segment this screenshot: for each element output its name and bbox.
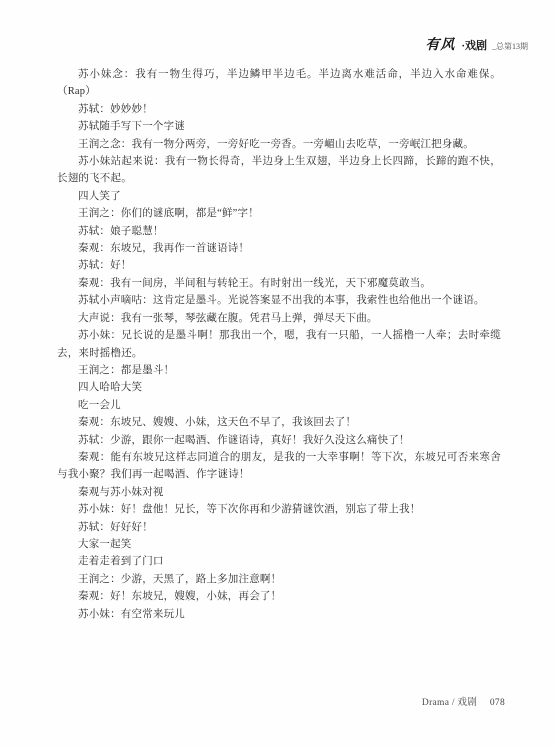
script-line: 苏轼：好好好！ [57,519,501,536]
script-line: 王润之念：我有一物分两旁，一旁好吃一旁香。一旁嵋山去吃草，一旁岷江把身藏。 [57,136,501,153]
script-line: 秦观：东坡兄，我再作一首谜语诗！ [57,240,501,257]
script-line: 秦观：能有东坡兄这样志同道合的朋友，是我的一大幸事啊！等下次，东坡兄可否来寒舍与… [57,449,501,484]
script-line: 秦观：我有一间房，半间租与转轮王。有时射出一线光，天下邪魔莫敢当。 [57,275,501,292]
masthead: 有风 ·戏剧 _总第13期 [425,38,528,54]
script-line: 苏小妹站起来说：我有一物长得奇，半边身上生双翅，半边身上长四蹄，长蹄的跑不快，长… [57,153,501,188]
magazine-page: 有风 ·戏剧 _总第13期 苏小妹念：我有一物生得巧，半边鳞甲半边毛。半边离水难… [0,0,554,746]
script-line: 秦观：东坡兄、嫂嫂、小妹，这天色不早了，我该回去了！ [57,414,501,431]
script-line: 大声说：我有一张琴，琴弦藏在腹。凭君马上弹，弹尽天下曲。 [57,310,501,327]
script-line: 苏轼：好！ [57,257,501,274]
script-line: 苏小妹念：我有一物生得巧，半边鳞甲半边毛。半边离水难活命，半边入水命难保。（Ra… [57,66,501,101]
script-line: 四人笑了 [57,188,501,205]
script-line: 苏轼：妙妙妙！ [57,101,501,118]
script-line: 秦观与苏小妹对视 [57,484,501,501]
script-line: 走着走着到了门口 [57,553,501,570]
script-line: 大家一起笑 [57,536,501,553]
journal-logo: 有风 [425,38,455,53]
script-line: 王润之：你们的谜底啊，都是“鲜”字！ [57,205,501,222]
script-line: 秦观：好！东坡兄，嫂嫂，小妹，再会了！ [57,588,501,605]
script-line: 苏轼：娘子聪慧！ [57,223,501,240]
script-line: 苏轼小声嘀咕：这肯定是墨斗。光说答案显不出我的本事，我索性也给他出一个谜语。 [57,292,501,309]
script-line: 王润之：少游，天黑了，路上多加注意啊！ [57,571,501,588]
script-body: 苏小妹念：我有一物生得巧，半边鳞甲半边毛。半边离水难活命，半边入水命难保。（Ra… [57,66,501,623]
script-line: 苏小妹：兄长说的是墨斗啊！那我出一个，嗯，我有一只船，一人摇橹一人牵；去时牵缆去… [57,327,501,362]
journal-section-label: ·戏剧 [461,40,487,52]
footer-section-label: Drama / 戏剧 [422,698,477,708]
page-footer: Drama / 戏剧 078 [0,694,505,708]
script-line: 吃一会儿 [57,397,501,414]
script-line: 王润之：都是墨斗！ [57,362,501,379]
script-line: 苏轼：少游，跟你一起喝酒、作谜语诗，真好！我好久没这么痛快了！ [57,432,501,449]
journal-issue-label: _总第13期 [492,42,528,51]
page-number: 078 [490,698,505,708]
script-line: 苏小妹：有空常来玩儿 [57,606,501,623]
script-line: 四人哈哈大笑 [57,379,501,396]
script-line: 苏小妹：好！盘他！兄长，等下次你再和少游猜谜饮酒，别忘了带上我！ [57,501,501,518]
script-line: 苏轼随手写下一个字谜 [57,118,501,135]
